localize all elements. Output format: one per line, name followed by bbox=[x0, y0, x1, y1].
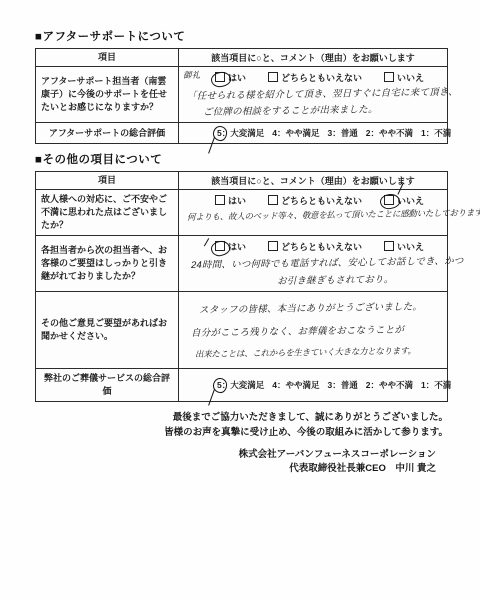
pen-circle-on-5: 5 bbox=[217, 128, 222, 138]
option-no: いいえ bbox=[384, 240, 424, 253]
header-cell-instruction: 該当項目に○と、コメント（理由）をお願いします bbox=[179, 172, 447, 189]
answer-cell: 御礼 はい どちらともいえない いいえ 「任せられる様を紹介して頂き、翌日すぐに… bbox=[179, 67, 464, 122]
after-support-table: 項目 該当項目に○と、コメント（理由）をお願いします アフターサポート担当者（南… bbox=[35, 48, 448, 144]
rating-item-4: 4：やや満足 bbox=[272, 379, 319, 391]
question-cell: 故人様への対応に、ご不安やご不満に思われた点はございましたか？ bbox=[36, 190, 179, 235]
option-no: いいえ bbox=[384, 71, 424, 84]
option-yes: はい bbox=[215, 71, 246, 84]
section-title-after-support: ■アフターサポートについて bbox=[35, 28, 448, 44]
rating-scale: 5：大変満足 4：やや満足 3：普通 2：やや不満 1：不満 bbox=[179, 123, 451, 143]
checkbox-icon bbox=[215, 72, 225, 82]
checkbox-icon bbox=[268, 241, 278, 251]
checkbox-icon bbox=[215, 195, 225, 205]
rating-item-3: 3：普通 bbox=[328, 127, 358, 139]
rating-row-after-support: アフターサポートの総合評価 5：大変満足 4：やや満足 3：普通 2：やや不満 … bbox=[36, 122, 447, 143]
closing-line-2: 皆様のお声を真摯に受け止め、今後の取組みに活かして参ります。 bbox=[35, 426, 448, 441]
handwritten-comment: 「任せられる様を紹介して頂き、翌日すぐに自宅に来て頂き、 bbox=[187, 84, 458, 102]
section-title-other-items: ■その他の項目について bbox=[35, 151, 448, 167]
rating-scale: 5：大変満足 4：やや満足 3：普通 2：やや不満 1：不満 bbox=[179, 369, 451, 401]
answer-cell: はい どちらともいえない いいえ 何よりも、故人のベッド等々、敬意を払って頂いた… bbox=[179, 190, 480, 235]
checkbox-icon bbox=[268, 72, 278, 82]
rating-label: 弊社のご葬儀サービスの総合評価 bbox=[36, 369, 179, 401]
question-cell: アフターサポート担当者（南雲 康子）に今後のサポートを任せたいとお感じになります… bbox=[36, 67, 179, 122]
closing-line-1: 最後までご協力いただきまして、誠にありがとうございました。 bbox=[35, 411, 448, 426]
ceo-signature: 代表取締役社長兼CEO 中川 貴之 bbox=[35, 462, 436, 477]
option-neutral: どちらともいえない bbox=[268, 71, 362, 84]
handwritten-comment: 出来たことは、これからを生きていく大きな力となります。 bbox=[195, 344, 441, 360]
rating-item-3: 3：普通 bbox=[328, 379, 358, 391]
answer-cell: はい どちらともいえない いいえ 24時間、いつ何時でも電話すれば、安心してお話… bbox=[179, 236, 470, 291]
survey-content: ■アフターサポートについて 項目 該当項目に○と、コメント（理由）をお願いします… bbox=[35, 28, 448, 477]
rating-row-funeral-service: 弊社のご葬儀サービスの総合評価 5：大変満足 4：やや満足 3：普通 2：やや不… bbox=[36, 368, 447, 401]
header-cell-item: 項目 bbox=[36, 172, 179, 189]
answer-cell: スタッフの皆様、本当にありがとうございました。 自分がこころ残りなく、お葬儀をお… bbox=[179, 292, 447, 368]
handwritten-comment: 自分がこころ残りなく、お葬儀をおこなうことが bbox=[191, 321, 441, 339]
handwritten-comment: ご位牌の相談をすることが出来ました。 bbox=[203, 100, 458, 118]
rating-item-5: 5：大変満足 bbox=[217, 127, 264, 139]
header-cell-instruction: 該当項目に○と、コメント（理由）をお願いします bbox=[179, 49, 447, 66]
option-yes: はい bbox=[215, 194, 246, 207]
option-neutral: どちらともいえない bbox=[268, 240, 362, 253]
rating-item-5: 5：大変満足 bbox=[217, 379, 264, 391]
header-cell-item: 項目 bbox=[36, 49, 179, 66]
other-items-table: 項目 該当項目に○と、コメント（理由）をお願いします 故人様への対応に、ご不安や… bbox=[35, 171, 448, 402]
checkbox-icon bbox=[384, 241, 394, 251]
handwritten-comment: スタッフの皆様、本当にありがとうございました。 bbox=[199, 298, 441, 316]
option-neutral: どちらともいえない bbox=[268, 194, 362, 207]
company-signature-block: 株式会社アーバンフューネスコーポレーション 代表取締役社長兼CEO 中川 貴之 bbox=[35, 448, 448, 477]
table-header-row: 項目 該当項目に○と、コメント（理由）をお願いします bbox=[36, 49, 447, 66]
rating-label: アフターサポートの総合評価 bbox=[36, 123, 179, 143]
question-row-other-opinions: その他ご意見ご要望があればお聞かせください。 スタッフの皆様、本当にありがとうご… bbox=[36, 291, 447, 368]
pen-circle-on-5: 5 bbox=[217, 380, 222, 390]
option-yes: はい bbox=[215, 240, 246, 253]
rating-item-4: 4：やや満足 bbox=[272, 127, 319, 139]
options-row: はい どちらともいえない いいえ bbox=[185, 71, 458, 85]
question-row-handover: 各担当者から次の担当者へ、お客様のご要望はしっかりと引き継がれておりましたか？ … bbox=[36, 235, 447, 291]
checkbox-icon bbox=[384, 195, 394, 205]
question-cell: その他ご意見ご要望があればお聞かせください。 bbox=[36, 292, 179, 368]
scanned-survey-page: ■アフターサポートについて 項目 該当項目に○と、コメント（理由）をお願いします… bbox=[0, 0, 480, 600]
handwritten-comment: 24時間、いつ何時でも電話すれば、安心してお話しでき、かつ bbox=[191, 253, 464, 271]
question-row-entrust-support: アフターサポート担当者（南雲 康子）に今後のサポートを任せたいとお感じになります… bbox=[36, 66, 447, 122]
handwritten-comment: お引き継ぎもされており。 bbox=[277, 270, 464, 287]
options-row: はい どちらともいえない いいえ bbox=[185, 240, 464, 254]
company-name: 株式会社アーバンフューネスコーポレーション bbox=[35, 448, 436, 463]
question-cell: 各担当者から次の担当者へ、お客様のご要望はしっかりと引き継がれておりましたか？ bbox=[36, 236, 179, 291]
rating-item-2: 2：やや不満 bbox=[366, 379, 413, 391]
rating-item-1: 1：不満 bbox=[421, 127, 451, 139]
closing-message: 最後までご協力いただきまして、誠にありがとうございました。 皆様のお声を真摯に受… bbox=[35, 411, 448, 440]
table-header-row: 項目 該当項目に○と、コメント（理由）をお願いします bbox=[36, 172, 447, 189]
rating-item-2: 2：やや不満 bbox=[366, 127, 413, 139]
rating-item-1: 1：不満 bbox=[421, 379, 451, 391]
question-row-deceased-care: 故人様への対応に、ご不安やご不満に思われた点はございましたか？ はい どちらとも… bbox=[36, 189, 447, 235]
option-no: いいえ bbox=[384, 194, 424, 207]
checkbox-icon bbox=[384, 72, 394, 82]
checkbox-icon bbox=[215, 241, 225, 251]
checkbox-icon bbox=[268, 195, 278, 205]
options-row: はい どちらともいえない いいえ bbox=[185, 194, 480, 208]
handwritten-comment: 何よりも、故人のベッド等々、敬意を払って頂いたことに感動いたしております。 bbox=[187, 206, 480, 223]
